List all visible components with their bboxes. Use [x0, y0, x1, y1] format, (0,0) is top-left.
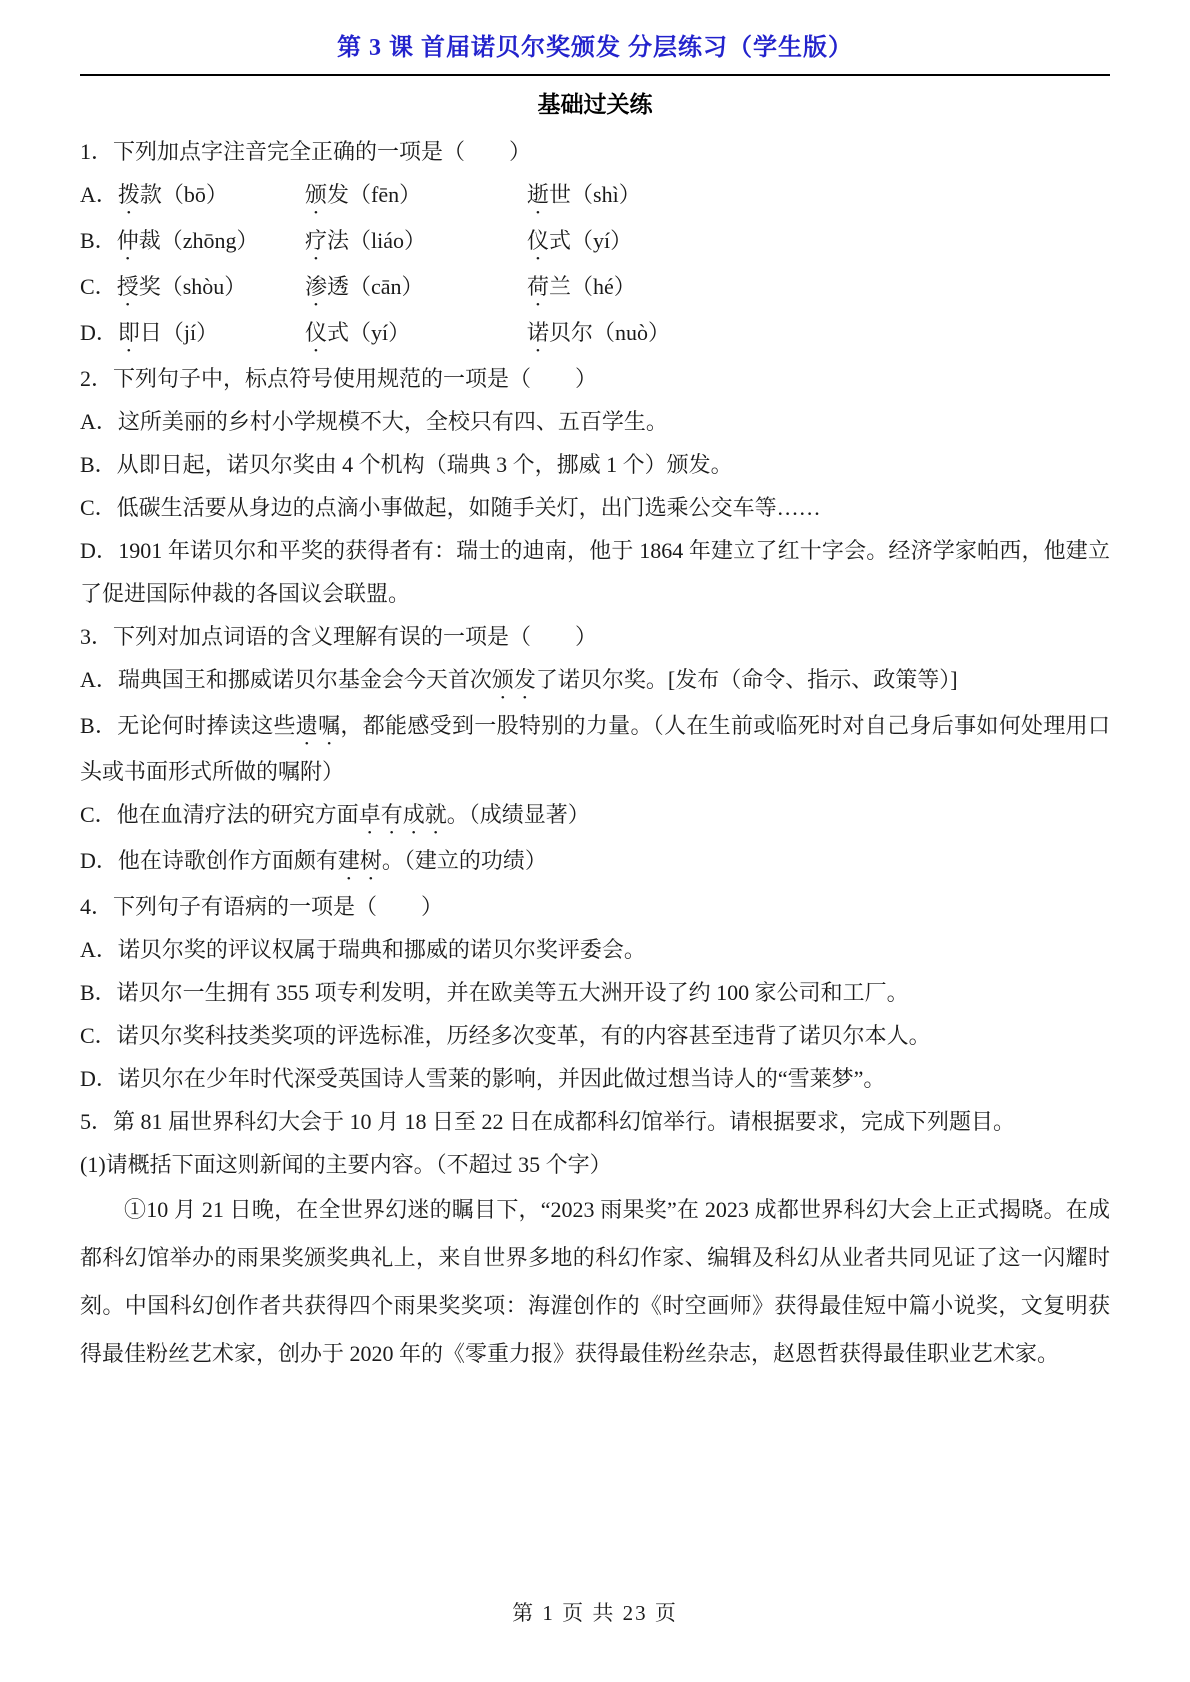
emphasized-text: 诺 [527, 320, 549, 345]
question-2-option-c: C．低碳生活要从身边的点滴小事做起，如随手关灯，出门选乘公交车等…… [80, 486, 1110, 529]
text-run: 法（liáo） [327, 228, 426, 253]
text-run: 式（yí） [327, 320, 410, 345]
emphasized-text: 疗 [305, 228, 327, 253]
text-run: (1)请概括下面这则新闻的主要内容。（不超过 35 个字） [80, 1152, 612, 1177]
question-3-stem: 3．下列对加点词语的含义理解有误的一项是（ ） [80, 615, 1110, 658]
text-run: 逝世（shì） [527, 182, 641, 207]
text-run: D．他在诗歌创作方面颇有 [80, 848, 338, 873]
emphasized-text: 卓有成就 [359, 802, 447, 827]
page-content: 第 3 课 首届诺贝尔奖颁发 分层练习（学生版） 基础过关练 1．下列加点字注音… [0, 0, 1190, 1378]
text-run: 日（jí） [140, 320, 218, 345]
text-run: B．无论何时捧读这些 [80, 713, 296, 738]
question-3-option-c: C．他在血清疗法的研究方面卓有成就。（成绩显著） [80, 793, 1110, 839]
text-run: A．瑞典国王和挪威诺贝尔基金会今天首次 [80, 667, 492, 692]
text-run: C． [80, 274, 117, 299]
question-2-option-b: B．从即日起，诺贝尔奖由 4 个机构（瑞典 3 个，挪威 1 个）颁发。 [80, 443, 1110, 486]
question-1-option-c: C．授奖（shòu）渗透（cān）荷兰（hé） [80, 265, 1110, 311]
text-run: 疗法（liáo） [305, 219, 527, 265]
text-run: 仪式（yí） [305, 311, 527, 357]
text-run: 贝尔（nuò） [549, 320, 670, 345]
text-run: B． [80, 228, 117, 253]
text-run: 颁发（fēn） [305, 173, 527, 219]
text-run: A．拨款（bō） [80, 173, 305, 219]
question-4-option-a: A．诺贝尔奖的评议权属于瑞典和挪威的诺贝尔奖评委会。 [80, 928, 1110, 971]
emphasized-text: 授 [117, 274, 139, 299]
question-4-stem: 4．下列句子有语病的一项是（ ） [80, 885, 1110, 928]
question-2-option-a: A．这所美丽的乡村小学规模不大，全校只有四、五百学生。 [80, 400, 1110, 443]
text-run: ①10 月 21 日晚，在全世界幻迷的瞩目下，“2023 雨果奖”在 2023 … [80, 1197, 1110, 1366]
emphasized-text: 仪 [305, 320, 327, 345]
question-3-option-b: B．无论何时捧读这些遗嘱，都能感受到一股特别的力量。（人在生前或临死时对自己身后… [80, 704, 1110, 793]
page-title: 第 3 课 首届诺贝尔奖颁发 分层练习（学生版） [80, 34, 1110, 62]
text-run: 裁（zhōng） [139, 228, 259, 253]
question-5-subquestion-1: (1)请概括下面这则新闻的主要内容。（不超过 35 个字） [80, 1143, 1110, 1186]
document-body: 1．下列加点字注音完全正确的一项是（ ）A．拨款（bō）颁发（fēn）逝世（sh… [80, 130, 1110, 1378]
emphasized-text: 颁发 [492, 667, 536, 692]
text-run: 2．下列句子中，标点符号使用规范的一项是（ ） [80, 366, 597, 391]
text-run: 了诺贝尔奖。[发布（命令、指示、政策等）] [536, 667, 958, 692]
question-5-news-passage: ①10 月 21 日晚，在全世界幻迷的瞩目下，“2023 雨果奖”在 2023 … [80, 1186, 1110, 1378]
emphasized-text: 渗 [305, 274, 327, 299]
emphasized-text: 仲 [117, 228, 139, 253]
text-run: 4．下列句子有语病的一项是（ ） [80, 894, 443, 919]
question-1-option-b: B．仲裁（zhōng）疗法（liáo）仪式（yí） [80, 219, 1110, 265]
title-divider [80, 74, 1110, 76]
question-1-stem: 1．下列加点字注音完全正确的一项是（ ） [80, 130, 1110, 173]
text-run: 5．第 81 届世界科幻大会于 10 月 18 日至 22 日在成都科幻馆举行。… [80, 1109, 1015, 1134]
question-1-option-a: A．拨款（bō）颁发（fēn）逝世（shì） [80, 173, 1110, 219]
worksheet-page: 第 3 课 首届诺贝尔奖颁发 分层练习（学生版） 基础过关练 1．下列加点字注音… [0, 0, 1190, 1682]
text-run: 仪式（yí） [527, 228, 632, 253]
emphasized-text: 建树 [338, 848, 382, 873]
text-run: 兰（hé） [549, 274, 636, 299]
text-run: D．诺贝尔在少年时代深受英国诗人雪莱的影响，并因此做过想当诗人的“雪莱梦”。 [80, 1066, 885, 1091]
text-run: A． [80, 182, 118, 207]
question-5-stem: 5．第 81 届世界科幻大会于 10 月 18 日至 22 日在成都科幻馆举行。… [80, 1100, 1110, 1143]
text-run: 世（shì） [549, 182, 641, 207]
text-run: B．从即日起，诺贝尔奖由 4 个机构（瑞典 3 个，挪威 1 个）颁发。 [80, 452, 733, 477]
text-run: D．即日（jí） [80, 311, 305, 357]
text-run: 式（yí） [549, 228, 632, 253]
text-run: 1．下列加点字注音完全正确的一项是（ ） [80, 139, 531, 164]
text-run: 款（bō） [140, 182, 228, 207]
text-run: 渗透（cān） [305, 265, 527, 311]
question-1-option-d: D．即日（jí）仪式（yí）诺贝尔（nuò） [80, 311, 1110, 357]
text-run: C．授奖（shòu） [80, 265, 305, 311]
footer-page-number: 第 1 页 共 23 页 [0, 1597, 1190, 1627]
text-run: D．1901 年诺贝尔和平奖的获得者有：瑞士的迪南，他于 1864 年建立了红十… [80, 538, 1110, 606]
emphasized-text: 仪 [527, 228, 549, 253]
question-4-option-d: D．诺贝尔在少年时代深受英国诗人雪莱的影响，并因此做过想当诗人的“雪莱梦”。 [80, 1057, 1110, 1100]
emphasized-text: 拨 [118, 182, 140, 207]
question-2-stem: 2．下列句子中，标点符号使用规范的一项是（ ） [80, 357, 1110, 400]
text-run: A．这所美丽的乡村小学规模不大，全校只有四、五百学生。 [80, 409, 668, 434]
text-run: C．低碳生活要从身边的点滴小事做起，如随手关灯，出门选乘公交车等…… [80, 495, 821, 520]
text-run: C．诺贝尔奖科技类奖项的评选标准，历经多次变革，有的内容甚至违背了诺贝尔本人。 [80, 1023, 931, 1048]
section-heading: 基础过关练 [80, 90, 1110, 120]
text-run: B．仲裁（zhōng） [80, 219, 305, 265]
text-run: B．诺贝尔一生拥有 355 项专利发明，并在欧美等五大洲开设了约 100 家公司… [80, 980, 909, 1005]
text-run: 诺贝尔（nuò） [527, 320, 670, 345]
text-run: 透（cān） [327, 274, 424, 299]
question-3-option-a: A．瑞典国王和挪威诺贝尔基金会今天首次颁发了诺贝尔奖。[发布（命令、指示、政策等… [80, 658, 1110, 704]
emphasized-text: 遗嘱 [296, 713, 341, 738]
text-run: 。（成绩显著） [447, 802, 590, 827]
text-run: 荷兰（hé） [527, 274, 636, 299]
emphasized-text: 颁 [305, 182, 327, 207]
emphasized-text: 即 [118, 320, 140, 345]
emphasized-text: 荷 [527, 274, 549, 299]
question-3-option-d: D．他在诗歌创作方面颇有建树。（建立的功绩） [80, 839, 1110, 885]
text-run: 发（fēn） [327, 182, 421, 207]
question-4-option-c: C．诺贝尔奖科技类奖项的评选标准，历经多次变革，有的内容甚至违背了诺贝尔本人。 [80, 1014, 1110, 1057]
question-4-option-b: B．诺贝尔一生拥有 355 项专利发明，并在欧美等五大洲开设了约 100 家公司… [80, 971, 1110, 1014]
text-run: D． [80, 320, 118, 345]
text-run: 。（建立的功绩） [382, 848, 547, 873]
emphasized-text: 逝 [527, 182, 549, 207]
text-run: C．他在血清疗法的研究方面 [80, 802, 359, 827]
text-run: 奖（shòu） [139, 274, 247, 299]
text-run: A．诺贝尔奖的评议权属于瑞典和挪威的诺贝尔奖评委会。 [80, 937, 646, 962]
text-run: 3．下列对加点词语的含义理解有误的一项是（ ） [80, 624, 597, 649]
question-2-option-d: D．1901 年诺贝尔和平奖的获得者有：瑞士的迪南，他于 1864 年建立了红十… [80, 529, 1110, 615]
